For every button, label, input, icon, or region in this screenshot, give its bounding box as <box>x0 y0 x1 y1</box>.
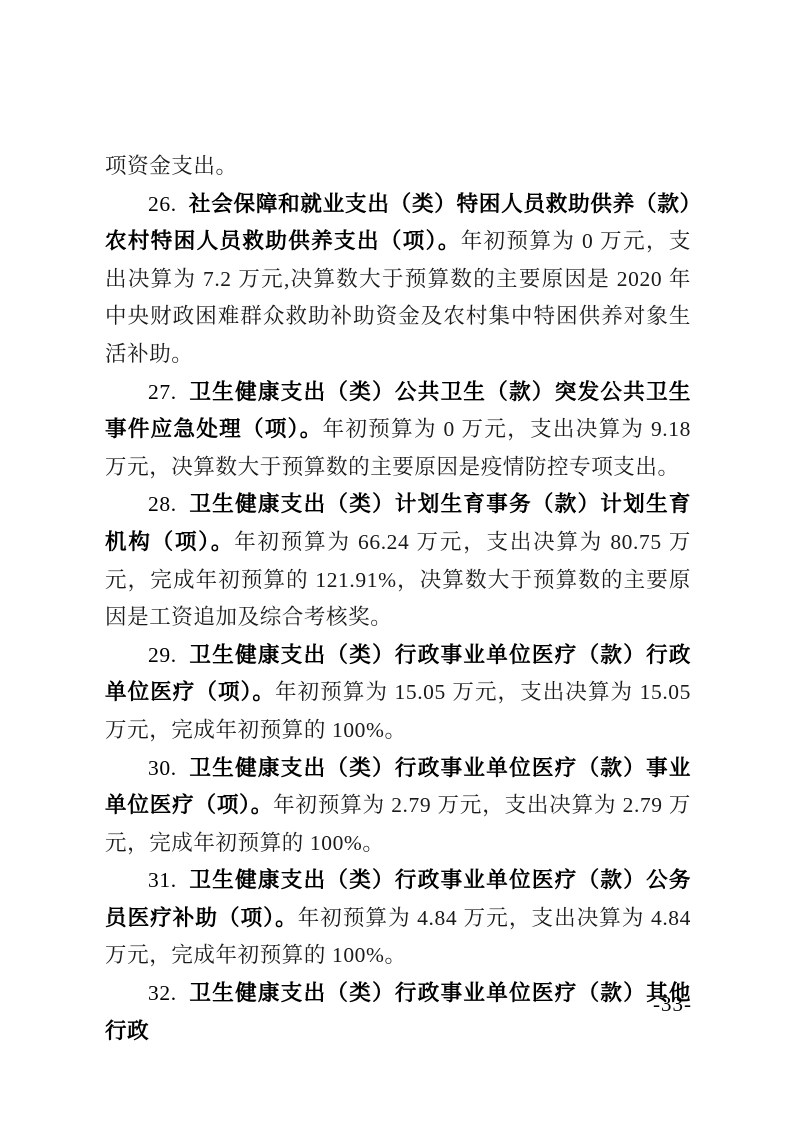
page-number: -33- <box>653 992 692 1017</box>
item-title: 卫生健康支出（类）行政事业单位医疗（款）其他行政 <box>105 981 691 1043</box>
budget-item-paragraph: 30.卫生健康支出（类）行政事业单位医疗（款）事业单位医疗（项）。年初预算为 2… <box>105 750 691 863</box>
budget-item-paragraph: 26.社会保障和就业支出（类）特困人员救助供养（款）农村特困人员救助供养支出（项… <box>105 186 691 374</box>
item-number: 31. <box>148 868 189 892</box>
document-page: 项资金支出。26.社会保障和就业支出（类）特困人员救助供养（款）农村特困人员救助… <box>0 0 793 1122</box>
item-body: 项资金支出。 <box>105 154 238 178</box>
item-number: 32. <box>148 981 189 1005</box>
item-number: 30. <box>148 756 189 780</box>
budget-item-paragraph: 29.卫生健康支出（类）行政事业单位医疗（款）行政单位医疗（项）。年初预算为 1… <box>105 637 691 750</box>
document-body: 项资金支出。26.社会保障和就业支出（类）特困人员救助供养（款）农村特困人员救助… <box>105 148 691 1050</box>
continuation-paragraph: 项资金支出。 <box>105 148 691 186</box>
item-number: 28. <box>148 492 189 516</box>
budget-item-paragraph: 31.卫生健康支出（类）行政事业单位医疗（款）公务员医疗补助（项）。年初预算为 … <box>105 862 691 975</box>
budget-item-paragraph: 27.卫生健康支出（类）公共卫生（款）突发公共卫生事件应急处理（项）。年初预算为… <box>105 374 691 487</box>
item-number: 27. <box>148 380 189 404</box>
item-number: 29. <box>148 643 189 667</box>
item-number: 26. <box>148 192 189 216</box>
budget-item-paragraph: 28.卫生健康支出（类）计划生育事务（款）计划生育机构（项）。年初预算为 66.… <box>105 486 691 636</box>
budget-item-paragraph: 32.卫生健康支出（类）行政事业单位医疗（款）其他行政 <box>105 975 691 1050</box>
